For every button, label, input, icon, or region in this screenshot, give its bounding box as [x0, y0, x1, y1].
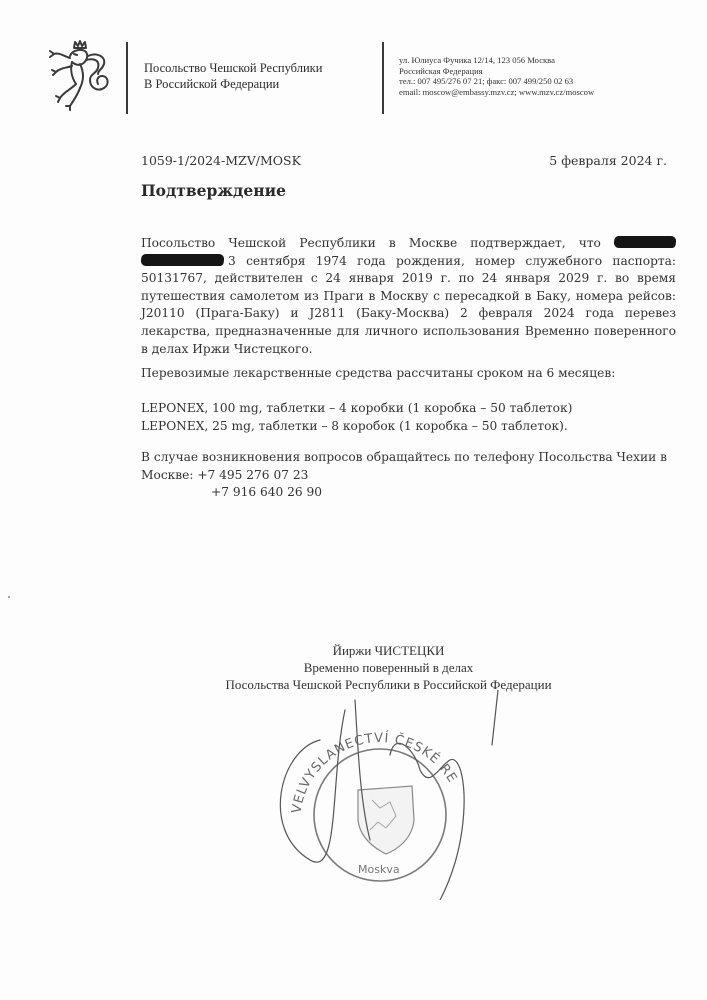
document-page: Посольство Чешской Республики В Российск… [0, 0, 707, 1000]
svg-text:VELVYSLANECTVÍ ČESKÉ REPUBLIKY: VELVYSLANECTVÍ ČESKÉ REPUBLIKY [240, 690, 460, 815]
reference-number: 1059-1/2024-MZV/MOSK [141, 153, 301, 168]
medication-item: LEPONEX, 25 mg, таблетки – 8 коробок (1 … [141, 418, 676, 436]
redaction-mark [140, 254, 225, 266]
embassy-name-line2: В Российской Федерации [144, 76, 322, 92]
letterhead-divider [126, 42, 128, 114]
embassy-name: Посольство Чешской Республики В Российск… [144, 60, 322, 92]
confirmation-text-rest: 3 сентября 1974 года рождения, номер слу… [141, 254, 676, 356]
address-country: Российская Федерация [399, 66, 594, 77]
confirmation-paragraph: Посольство Чешской Республики в Москве п… [141, 235, 676, 358]
confirmation-text-start: Посольство Чешской Республики в Москве п… [141, 236, 614, 250]
scan-artifact [8, 596, 10, 598]
phone-fax: тел.: 007 495/276 07 21; факс: 007 499/2… [399, 76, 594, 87]
letterhead-divider [382, 42, 384, 114]
embassy-contact-block: ул. Юлиуса Фучика 12/14, 123 056 Москва … [399, 55, 594, 97]
czech-lion-coat-of-arms-icon [44, 38, 120, 114]
signatory-name: Йиржи ЧИСТЕЦКИ [35, 642, 707, 659]
document-date: 5 февраля 2024 г. [549, 153, 667, 168]
medication-item: LEPONEX, 100 mg, таблетки – 4 коробки (1… [141, 400, 676, 418]
signatory-title: Временно поверенный в делах [35, 659, 707, 676]
medication-duration-text: Перевозимые лекарственные средства рассч… [141, 365, 676, 383]
address-street: ул. Юлиуса Фучика 12/14, 123 056 Москва [399, 55, 594, 66]
contact-paragraph: В случае возникновения вопросов обращайт… [141, 449, 676, 502]
phone-number: +7 495 276 07 23 [197, 468, 308, 482]
embassy-stamp-icon: VELVYSLANECTVÍ ČESKÉ REPUBLIKY Moskva [240, 690, 460, 881]
medication-list: LEPONEX, 100 mg, таблетки – 4 коробки (1… [141, 400, 676, 435]
phone-number: +7 916 640 26 90 [141, 484, 676, 502]
official-stamp-and-signature: VELVYSLANECTVÍ ČESKÉ REPUBLIKY Moskva [240, 690, 540, 900]
embassy-name-line1: Посольство Чешской Республики [144, 60, 322, 76]
document-title: Подтверждение [141, 181, 286, 200]
redaction-mark [613, 236, 677, 248]
email-website: email: moscow@embassy.mzv.cz; www.mzv.cz… [399, 87, 594, 98]
svg-text:Moskva: Moskva [358, 863, 400, 876]
